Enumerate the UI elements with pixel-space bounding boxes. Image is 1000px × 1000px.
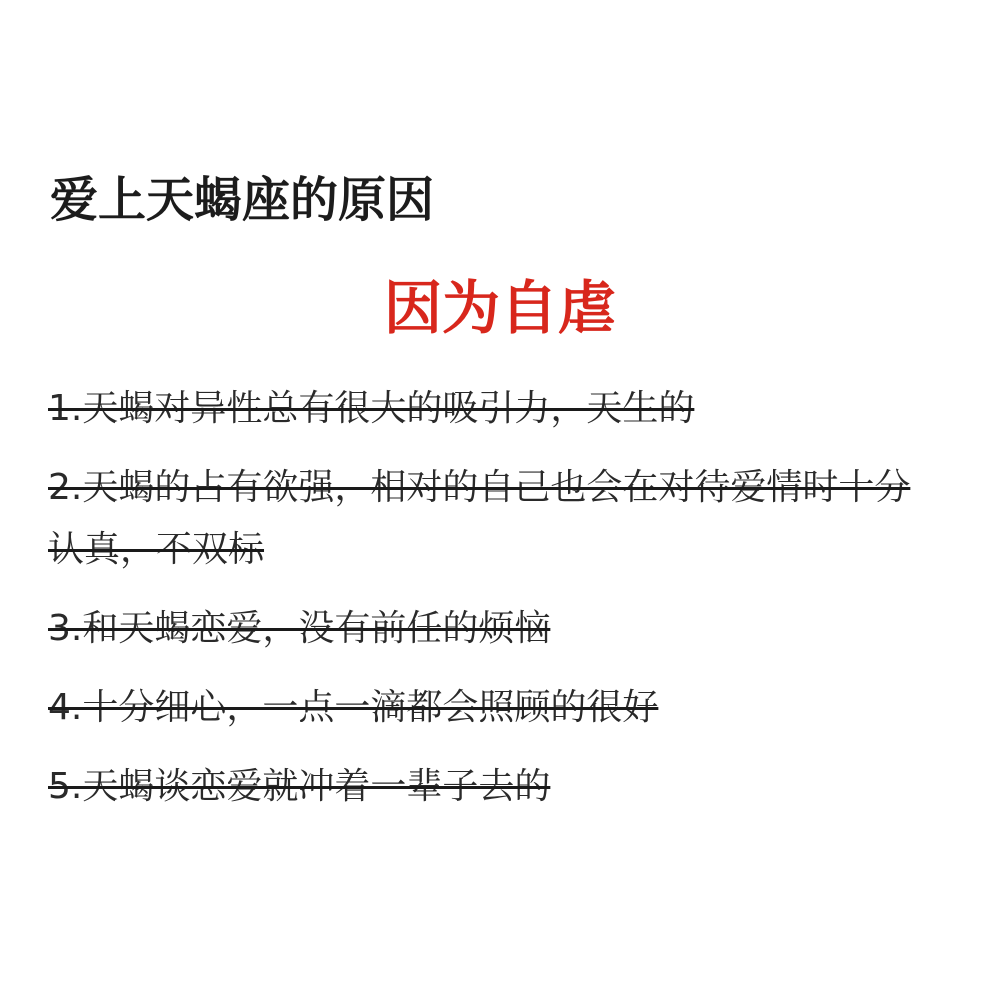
reason-text-5: 5.天蝎谈恋爱就冲着一辈子去的 (48, 766, 550, 807)
reasons-list: 1.天蝎对异性总有很大的吸引力，天生的 2.天蝎的占有欲强，相对的自己也会在对待… (48, 378, 918, 835)
reason-text-3: 3.和天蝎恋爱，没有前任的烦恼 (48, 608, 550, 649)
page-title: 爱上天蝎座的原因 (50, 168, 434, 232)
reason-item-5: 5.天蝎谈恋爱就冲着一辈子去的 (48, 756, 918, 818)
reason-item-3: 3.和天蝎恋爱，没有前任的烦恼 (48, 598, 918, 660)
reason-text-1: 1.天蝎对异性总有很大的吸引力，天生的 (48, 388, 694, 429)
subtitle-highlight: 因为自虐 (0, 270, 1000, 346)
reason-text-2: 2.天蝎的占有欲强，相对的自己也会在对待爱情时十分认真，不双标 (48, 467, 910, 570)
reason-item-1: 1.天蝎对异性总有很大的吸引力，天生的 (48, 378, 918, 440)
reason-text-4: 4.十分细心，一点一滴都会照顾的很好 (48, 687, 658, 728)
reason-item-2: 2.天蝎的占有欲强，相对的自己也会在对待爱情时十分认真，不双标 (48, 457, 918, 581)
reason-item-4: 4.十分细心，一点一滴都会照顾的很好 (48, 677, 918, 739)
